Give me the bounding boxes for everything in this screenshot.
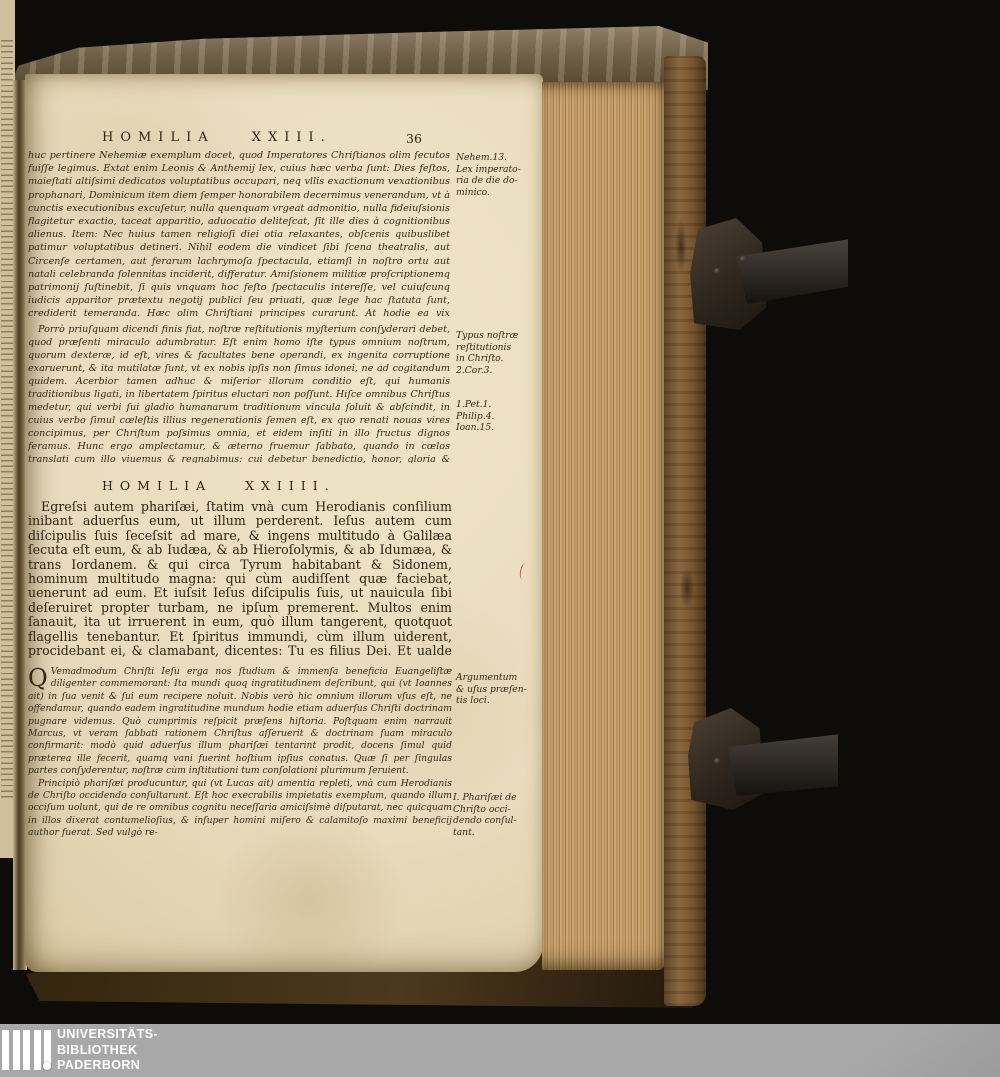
drop-cap-initial: Q [28, 667, 48, 689]
book-clasp-top [690, 212, 848, 334]
margin-note-nehemiah: Nehem.13. Lex imperato- ria de die do- m… [456, 152, 542, 198]
clasp-rivet [740, 256, 746, 262]
facing-page-text-fragments [1, 40, 13, 800]
commentary-block: QVemadmodum Chriſti Ieſu erga nos ſtudiu… [28, 666, 452, 862]
running-title: HOMILIA XXIII. [102, 130, 402, 145]
paragraph-restitution: Porrò priuſquam dicendi finis fiat, noſt… [28, 323, 450, 463]
book-scan-photo: HOMILIA XXIII. 36 huc pertinere Nehemiæ … [0, 0, 1000, 1077]
library-name: UNIVERSITÄTS- BIBLIOTHEK PADERBORN [57, 1027, 158, 1074]
commentary-paragraph-2: Principiò phariſæi producuntur, qui (vt … [28, 778, 452, 840]
page-block-fore-edge [542, 82, 666, 970]
clasp-rivet [714, 758, 720, 764]
margin-note-typus: Typus noſtræ reſtitutionis in Chriſto. 2… [456, 330, 542, 376]
clasp-rivet [714, 268, 720, 274]
book-cover-edge [664, 56, 706, 1006]
margin-note-argumentum: Argumentum & uſus præſen- tis loci. [456, 672, 542, 707]
paragraph-imperial-law: huc pertinere Nehemiæ exemplum docet, qu… [28, 149, 450, 322]
logo-bar [13, 1030, 20, 1070]
logo-bar [34, 1030, 41, 1070]
logo-bar [44, 1030, 51, 1064]
page-number: 36 [406, 131, 422, 146]
section-title-homilia-24: HOMILIA XXIIII. [102, 478, 422, 493]
book-clasp-bottom [688, 700, 838, 812]
logo-bar [23, 1030, 30, 1070]
margin-note-pharisaei: I. Phariſæi de Chriſto occi- dendo conſu… [453, 792, 541, 838]
margin-note-references: 1.Pet.1. Philip.4. Ioan.15. [456, 399, 542, 434]
logo-dot-icon [43, 1062, 51, 1070]
logo-bar [2, 1030, 9, 1070]
commentary-paragraph-1: QVemadmodum Chriſti Ieſu erga nos ſtudiu… [28, 666, 452, 778]
commentary-text-1: Vemadmodum Chriſti Ieſu erga nos ſtudium… [28, 666, 452, 776]
gospel-passage: Egreſsi autem phariſæi, ſtatim vnà cum H… [28, 500, 452, 658]
